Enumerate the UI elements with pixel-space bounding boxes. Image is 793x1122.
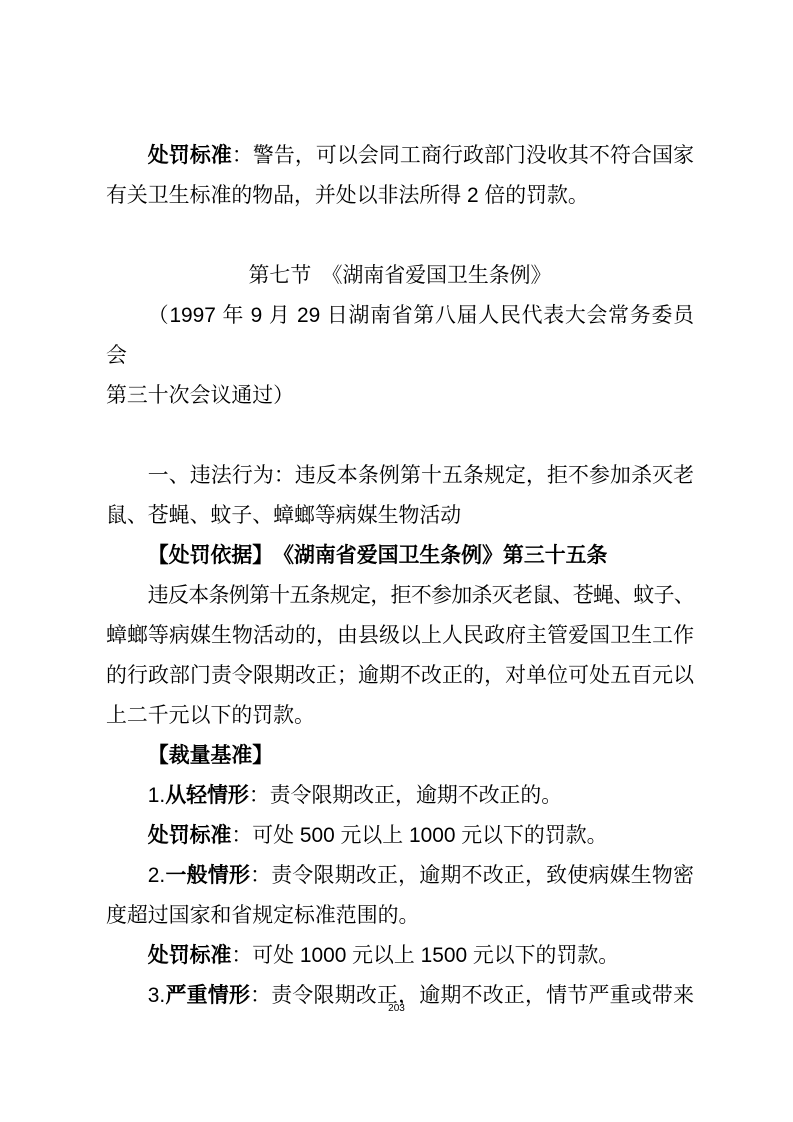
text-run: ：可处 1000 元以上 1500 元以下的罚款。 — [231, 944, 619, 967]
document-page: 处罚标准：警告，可以会同工商行政部门没收其不符合国家 有关卫生标准的物品，并处以… — [0, 0, 793, 1122]
text-run: ：可处 500 元以上 1000 元以下的罚款。 — [231, 824, 607, 847]
violation-item1-line1: 一、违法行为：违反本条例第十五条规定，拒不参加杀灭老 — [106, 456, 694, 496]
general-situation-line2: 度超过国家和省规定标准范围的。 — [106, 896, 694, 936]
text-run: 一、违法行为：违反本条例第十五条规定，拒不参加杀灭老 — [148, 464, 694, 487]
enactment-note-line1: （1997 年 9 月 29 日湖南省第八届人民代表大会常务委员会 — [106, 296, 694, 376]
page-footer: 203 — [0, 1002, 793, 1016]
text-run: ：警告，可以会同工商行政部门没收其不符合国家 — [232, 144, 694, 167]
bold-text-run: 处罚标准 — [148, 824, 232, 847]
bold-text-run: 处罚标准 — [148, 944, 232, 967]
bold-text-run: 【处罚依据】 《湖南省爱国卫生条例》第三十五条 — [148, 544, 608, 567]
text-run: 2. — [148, 864, 165, 887]
page-body: 处罚标准：警告，可以会同工商行政部门没收其不符合国家 有关卫生标准的物品，并处以… — [106, 136, 694, 1016]
general-penalty-standard: 处罚标准：可处 1000 元以上 1500 元以下的罚款。 — [106, 936, 694, 976]
article35-text-line1: 违反本条例第十五条规定，拒不参加杀灭老鼠、苍蝇、蚊子、 — [106, 576, 694, 616]
intro-penalty-standard-line2: 有关卫生标准的物品，并处以非法所得 2 倍的罚款。 — [106, 176, 694, 216]
bold-text-run: 【裁量基准】 — [148, 744, 273, 767]
bold-text-run: 从轻情形 — [165, 784, 249, 807]
text-run: 有关卫生标准的物品，并处以非法所得 2 倍的罚款。 — [106, 184, 589, 207]
article35-text-line2: 蟑螂等病媒生物活动的，由县级以上人民政府主管爱国卫生工作 — [106, 616, 694, 656]
section-heading: 第七节 《湖南省爱国卫生条例》 — [106, 256, 694, 296]
enactment-note-line2: 第三十次会议通过） — [106, 376, 694, 416]
text-run: （1997 年 9 月 29 日湖南省第八届人民代表大会常务委员会 — [106, 304, 694, 367]
lenient-penalty-standard: 处罚标准：可处 500 元以上 1000 元以下的罚款。 — [106, 816, 694, 856]
bold-text-run: 处罚标准 — [148, 144, 232, 167]
text-run: 度超过国家和省规定标准范围的。 — [106, 904, 419, 927]
general-situation-line1: 2.一般情形：责令限期改正，逾期不改正，致使病媒生物密 — [106, 856, 694, 896]
violation-item1-line2: 鼠、苍蝇、蚊子、蟑螂等病媒生物活动 — [106, 496, 694, 536]
text-run: 第三十次会议通过） — [106, 384, 294, 407]
article35-text-line3: 的行政部门责令限期改正；逾期不改正的，对单位可处五百元以 — [106, 656, 694, 696]
lenient-situation: 1.从轻情形：责令限期改正，逾期不改正的。 — [106, 776, 694, 816]
penalty-basis-heading: 【处罚依据】 《湖南省爱国卫生条例》第三十五条 — [106, 536, 694, 576]
text-run: 违反本条例第十五条规定，拒不参加杀灭老鼠、苍蝇、蚊子、 — [148, 584, 694, 607]
page-number: 203 — [388, 1003, 405, 1014]
text-run: 1. — [148, 784, 165, 807]
text-run: 鼠、苍蝇、蚊子、蟑螂等病媒生物活动 — [106, 504, 461, 527]
article35-text-line4: 上二千元以下的罚款。 — [106, 696, 694, 736]
text-run: 蟑螂等病媒生物活动的，由县级以上人民政府主管爱国卫生工作 — [106, 624, 694, 647]
discretion-benchmark-heading: 【裁量基准】 — [106, 736, 694, 776]
text-run: 上二千元以下的罚款。 — [106, 704, 315, 727]
text-run: 的行政部门责令限期改正；逾期不改正的，对单位可处五百元以 — [106, 664, 694, 687]
text-run: ：责令限期改正，逾期不改正，致使病媒生物密 — [250, 864, 694, 887]
bold-text-run: 一般情形 — [165, 864, 250, 887]
text-run: ：责令限期改正，逾期不改正的。 — [249, 784, 562, 807]
intro-penalty-standard-line1: 处罚标准：警告，可以会同工商行政部门没收其不符合国家 — [106, 136, 694, 176]
text-run: 第七节 《湖南省爱国卫生条例》 — [249, 264, 552, 287]
